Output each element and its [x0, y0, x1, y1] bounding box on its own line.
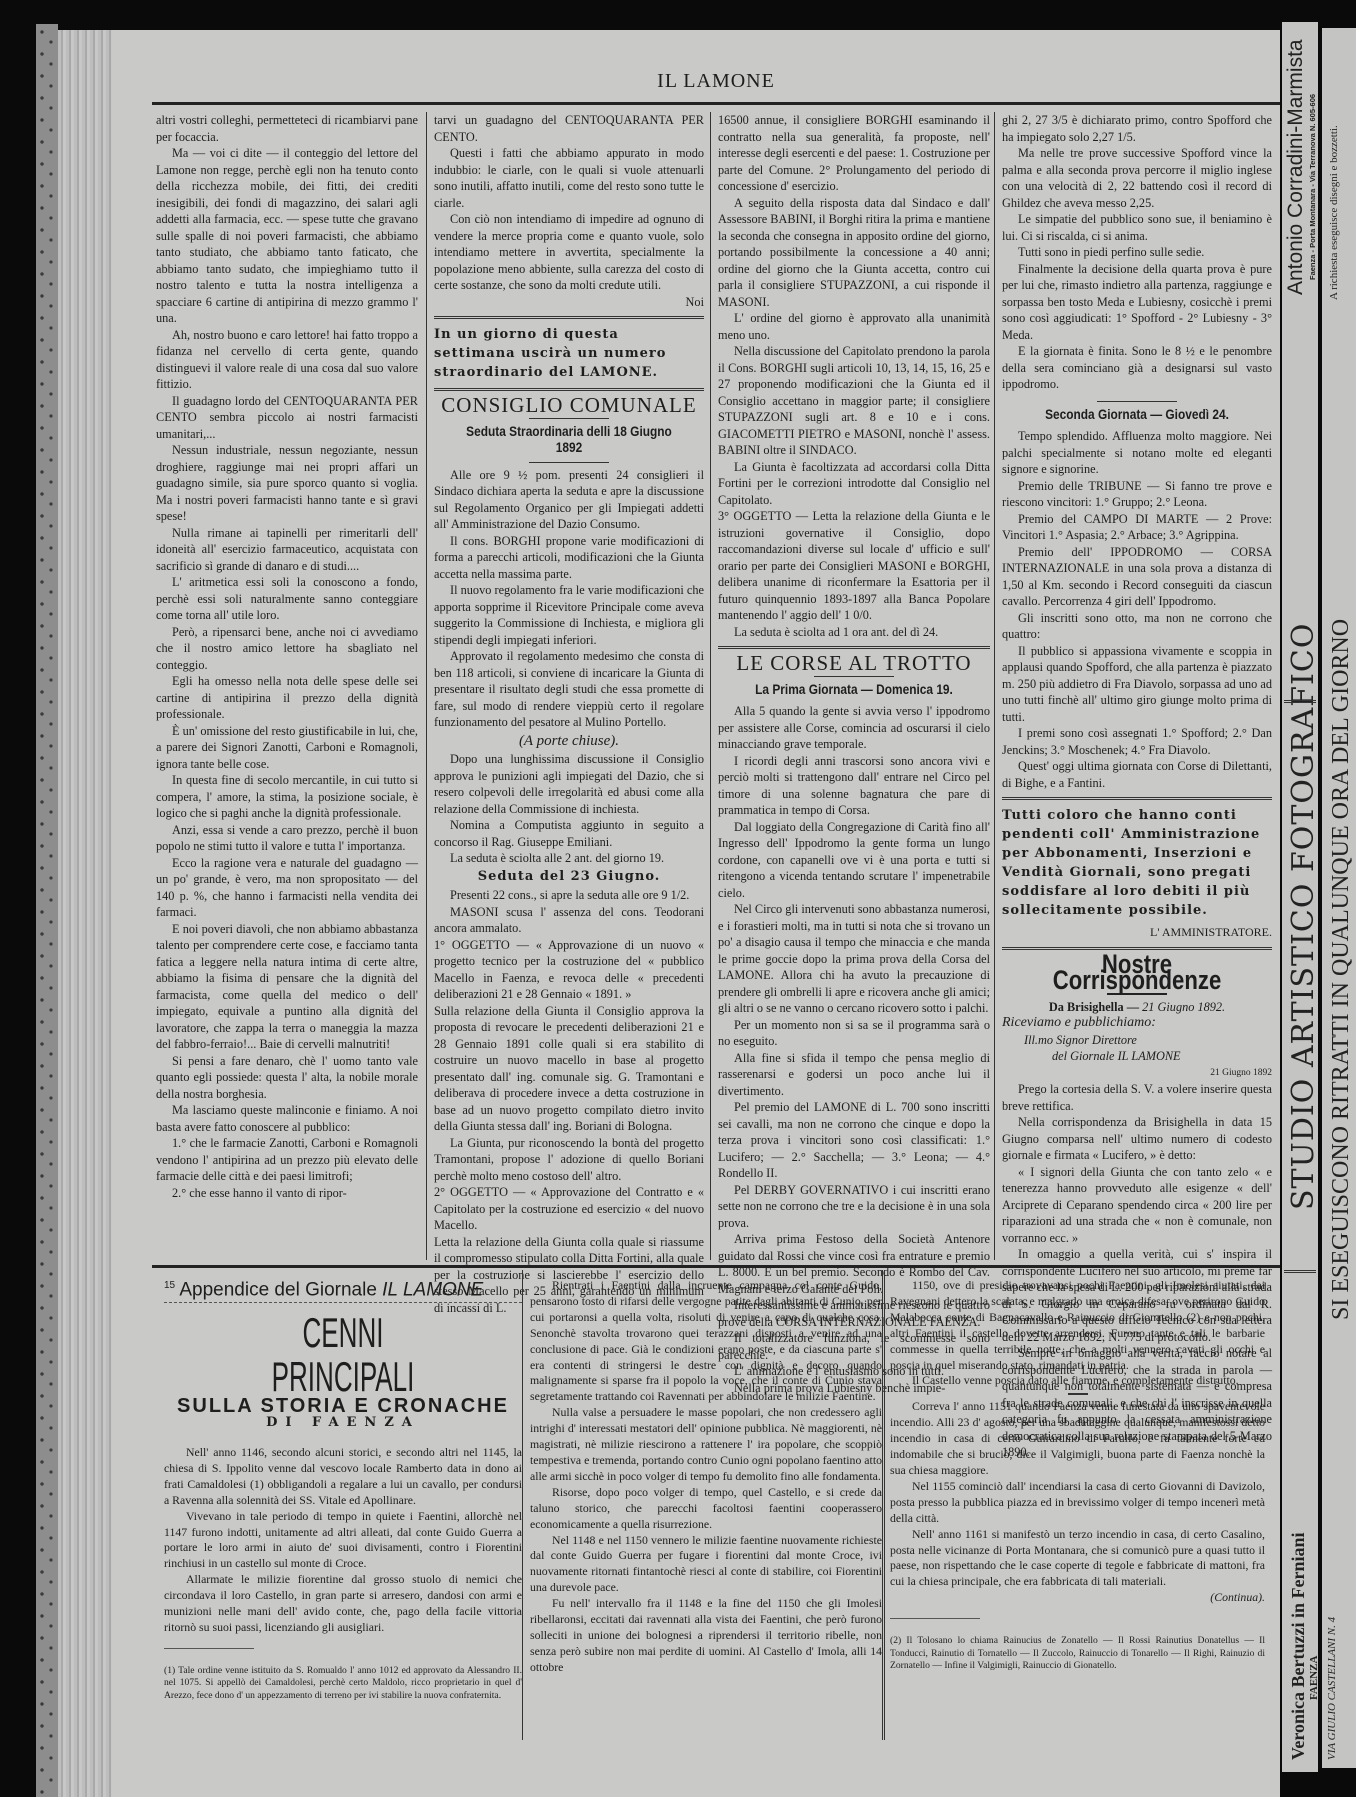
paragraph: Dopo una lunghissima discussione il Cons… [434, 751, 704, 817]
paragraph: Nell' anno 1146, secondo alcuni storici,… [164, 1445, 522, 1509]
paragraph: I ricordi degli anni trascorsi sono anco… [718, 753, 990, 819]
footnote: (2) Il Tolosano lo chiama Rainucius de Z… [890, 1629, 1265, 1673]
column-divider [426, 112, 427, 1260]
paragraph: La Giunta è facoltizzata ad accordarsi c… [718, 459, 990, 509]
appendix-subtitle: SULLA STORIA E CRONACHE [164, 1399, 522, 1415]
paragraph: 2.° che esse hanno il vanto di ripor- [156, 1185, 418, 1202]
paragraph: 1° OGGETTO — « Approvazione di un nuovo … [434, 937, 704, 1003]
paragraph: tarvi un guadagno del CENTOQUARANTA PER … [434, 112, 704, 145]
marmista-ad-text: A richiesta eseguisce disegni e bozzetti… [1328, 125, 1340, 300]
paragraph: Tempo splendido. Affluenza molto maggior… [1002, 428, 1272, 478]
book-binding [36, 24, 58, 1797]
appendix-rule [152, 1265, 1280, 1268]
masthead-title: IL LAMONE [152, 70, 1280, 93]
appendix-header-prefix: Appendice del Giornale [179, 1279, 377, 1300]
addressee-line-1: Ill.mo Signor Direttore [1002, 1032, 1272, 1049]
notice-signature: L' AMMINISTRATORE. [1002, 924, 1272, 941]
studio-ad-line: SI ESEGUISCONO RITRATTI IN QUALUNQUE ORA… [1328, 619, 1355, 1320]
paragraph: altri vostri colleghi, permetteteci di r… [156, 112, 418, 145]
column-divider [522, 1270, 523, 1740]
paragraph: Il nuovo regolamento fra le varie modifi… [434, 582, 704, 648]
paragraph: Alla fine si sfida il tempo che pensa me… [718, 1050, 990, 1100]
newspaper-page: IL LAMONE altri vostri colleghi, permett… [112, 30, 1280, 1797]
paragraph: Nessun industriale, nessun negoziante, n… [156, 442, 418, 525]
paragraph: Prego la cortesia della S. V. a volere i… [1002, 1081, 1272, 1114]
divider [434, 388, 704, 391]
paragraph: Il pubblico si appassiona vivamente e sc… [1002, 643, 1272, 726]
paragraph: Risorse, dopo poco volger di tempo, quel… [530, 1485, 882, 1533]
paragraph: La seduta è sciolta alle 2 ant. del gior… [434, 850, 704, 867]
appendix-header-paper: IL LAMONE [382, 1279, 483, 1300]
paragraph: Il Castello venne poscia dato alle fiamm… [890, 1373, 1265, 1389]
column-divider [710, 112, 711, 1260]
divider [164, 1302, 522, 1303]
paragraph: Egli ha omesso nella nota delle spese de… [156, 673, 418, 723]
paragraph: È un' omissione del resto giustificabile… [156, 723, 418, 773]
paragraph: Ecco la ragione vera e naturale del guad… [156, 855, 418, 921]
paragraph: Questi i fatti che abbiamo appurato in m… [434, 145, 704, 211]
divider [529, 462, 609, 463]
paragraph: Pel DERBY GOVERNATIVO i cui inscritti er… [718, 1182, 990, 1232]
paragraph: Allarmate le milizie fiorentine dal gros… [164, 1572, 522, 1636]
footnote-rule [164, 1648, 254, 1649]
ad-divider [1284, 700, 1316, 703]
paragraph: E noi poveri diavoli, che non abbiamo ab… [156, 921, 418, 1053]
divider [529, 418, 609, 419]
paragraph: I premi sono così assegnati 1.° Spofford… [1002, 725, 1272, 758]
marmista-ad-name: Antonio Corradini-Marmista [1284, 39, 1308, 295]
paragraph: Sulla relazione della Giunta il Consigli… [434, 1003, 704, 1135]
divider [814, 676, 894, 677]
paragraph: Tutti sono in piedi perfino sulle sedie. [1002, 244, 1272, 261]
paragraph: In questa fine di secolo mercantile, in … [156, 772, 418, 822]
closed-doors-heading: (A porte chiuse). [434, 733, 704, 750]
paragraph: Per un momento non si sa se il programma… [718, 1017, 990, 1050]
signature: Noi [434, 294, 704, 311]
paragraph: Presenti 22 cons., si apre la seduta all… [434, 887, 704, 904]
appendix-column-3: 1150, ove di presidio trovavansi pochi F… [890, 1278, 1265, 1673]
divider [1068, 1393, 1088, 1395]
continued-marker: (Continua). [890, 1590, 1265, 1606]
paragraph: Però, a ripensarci bene, anche noi ci av… [156, 624, 418, 674]
paragraph: Si pensi a fare denaro, chè l' uomo tant… [156, 1053, 418, 1103]
session-heading: Seduta del 23 Giugno. [434, 869, 704, 886]
correspondence-place: Da Brisighella — [1049, 1000, 1139, 1014]
divider [434, 316, 704, 319]
section-subtitle: Seduta Straordinaria delli 18 Giugno 189… [454, 423, 684, 456]
article-column-1: altri vostri colleghi, permetteteci di r… [156, 112, 418, 1257]
paragraph: E la giornata è finita. Sono le 8 ½ e le… [1002, 343, 1272, 393]
appendix-subtitle-2: DI FAENZA [164, 1415, 522, 1431]
appendix-title: CENNI PRINCIPALI [232, 1311, 454, 1399]
footnote: (1) Tale ordine venne istituito da S. Ro… [164, 1659, 522, 1703]
appendix-column-2: Rientrati i Faentini dalla incruente cam… [530, 1278, 882, 1676]
paragraph: L' ordine del giorno è approvato alla un… [718, 310, 990, 343]
accounts-notice: Tutti coloro che hanno conti pendenti co… [1002, 806, 1272, 920]
studio-ad-title: STUDIO ARTISTICO FOTOGRAFICO [1286, 623, 1321, 1210]
paragraph: La seduta è sciolta ad 1 ora ant. del dì… [718, 624, 990, 641]
paragraph: Nomina a Computista aggiunto in seguito … [434, 817, 704, 850]
paragraph: Alla 5 quando la gente si avvia verso l'… [718, 703, 990, 753]
article-column-4: ghi 2, 27 3/5 è dichiarato primo, contro… [1002, 112, 1272, 1257]
paragraph: Alle ore 9 ½ pom. presenti 24 consiglier… [434, 467, 704, 533]
paragraph: L' aritmetica essi soli la conoscono a f… [156, 574, 418, 624]
column-divider [882, 1270, 885, 1740]
column-divider [994, 112, 995, 1260]
paragraph: Ma nelle tre prove successive Spofford v… [1002, 145, 1272, 211]
paragraph: Ah, nostro buono e caro lettore! hai fat… [156, 327, 418, 393]
paragraph: A seguito della risposta data dal Sindac… [718, 195, 990, 311]
scan-background [0, 0, 1356, 26]
paragraph: Ma lasciamo queste malinconie e finiamo.… [156, 1102, 418, 1135]
paragraph: MASONI scusa l' assenza del cons. Teodor… [434, 904, 704, 937]
veronica-ad-address: VIA GIULIO CASTELLANI N. 4 [1326, 1617, 1338, 1760]
appendix-number: 15 [164, 1280, 175, 1291]
paragraph: Vivevano in tale periodo di tempo in qui… [164, 1509, 522, 1573]
paragraph: Anzi, essa si vende a caro prezzo, perch… [156, 822, 418, 855]
paragraph: La Giunta, pur riconoscendo la bontà del… [434, 1135, 704, 1185]
paragraph: Il guadagno lordo del CENTOQUARANTA PER … [156, 393, 418, 443]
article-column-2: tarvi un guadagno del CENTOQUARANTA PER … [434, 112, 704, 1257]
paragraph: Nulla valse a persuadere le masse popola… [530, 1405, 882, 1485]
paragraph: Il cons. BORGHI propone varie modificazi… [434, 533, 704, 583]
section-title: LE CORSE AL TROTTO [718, 655, 990, 672]
paragraph: Nella corrispondenza da Brisighella in d… [1002, 1114, 1272, 1164]
correspondence-intro: Riceviamo e pubblichiamo: [1002, 1015, 1272, 1032]
correspondence-dateline: Da Brisighella — 21 Giugno 1892. [1002, 999, 1272, 1016]
paragraph: Nell' anno 1161 si manifestò un terzo in… [890, 1527, 1265, 1591]
header-rule [152, 102, 1280, 105]
paragraph: Con ciò non intendiamo di impedire ad og… [434, 211, 704, 294]
paragraph: Nella discussione del Capitolato prendon… [718, 343, 990, 459]
paragraph: Rientrati i Faentini dalla incruente cam… [530, 1278, 882, 1405]
paragraph: Finalmente la decisione della quarta pro… [1002, 261, 1272, 344]
paragraph: Ma — voi ci dite — il conteggio del lett… [156, 145, 418, 327]
paragraph: Fu nell' intervallo fra il 1148 e la fin… [530, 1596, 882, 1676]
paragraph: Premio delle TRIBUNE — Si fanno tre prov… [1002, 478, 1272, 511]
footnote-rule [890, 1618, 980, 1619]
paragraph: 3° OGGETTO — Letta la relazione della Gi… [718, 508, 990, 624]
paragraph: Nulla rimane ai tapinelli per rimeritarl… [156, 525, 418, 575]
divider [718, 646, 990, 649]
paragraph: Dal loggiato della Congregazione di Cari… [718, 819, 990, 902]
divider [1002, 797, 1272, 800]
appendix-header: 15 Appendice del Giornale IL LAMONE [164, 1278, 522, 1298]
veronica-ad-city: FAENZA [1308, 1656, 1320, 1700]
paragraph: Approvato il regolamento medesimo che co… [434, 648, 704, 731]
paragraph: Nel 1148 e nel 1150 vennero le milizie f… [530, 1533, 882, 1597]
marmista-ad-address: Faenza - Porta Montanara - Via Terranova… [1308, 94, 1317, 280]
side-advertisements: STUDIO ARTISTICO FOTOGRAFICO SI ESEGUISC… [1282, 0, 1356, 1797]
paragraph: Pel premio del LAMONE di L. 700 sono ins… [718, 1099, 990, 1182]
paragraph: « I signori della Giunta che con tanto z… [1002, 1164, 1272, 1247]
paragraph: Gli inscritti sono otto, ma non ne corro… [1002, 610, 1272, 643]
appendix-column-1: 15 Appendice del Giornale IL LAMONE CENN… [164, 1278, 522, 1702]
special-issue-notice: In un giorno di questa settimana uscirà … [434, 325, 704, 382]
page-edges [58, 30, 118, 1797]
paragraph: Premio del CAMPO DI MARTE — 2 Prove: Vin… [1002, 511, 1272, 544]
paragraph: Premio dell' IPPODROMO — CORSA INTERNAZI… [1002, 544, 1272, 610]
paragraph: 16500 annue, il consigliere BORGHI esami… [718, 112, 990, 195]
paragraph: Le simpatie del pubblico sono sue, il be… [1002, 211, 1272, 244]
section-title: CONSIGLIO COMUNALE [434, 397, 704, 414]
paragraph: Nel 1155 cominciò dall' incendiarsi la c… [890, 1479, 1265, 1527]
article-column-3: 16500 annue, il consigliere BORGHI esami… [718, 112, 990, 1257]
addressee-line-2: del Giornale IL LAMONE [1002, 1048, 1272, 1065]
paragraph: 1150, ove di presidio trovavansi pochi F… [890, 1278, 1265, 1373]
paragraph: 1.° che le farmacie Zanotti, Carboni e R… [156, 1135, 418, 1185]
ad-divider [1284, 1270, 1316, 1273]
paragraph: Nel Circo gli intervenuti sono abbastanz… [718, 901, 990, 1017]
paragraph: Quest' oggi ultima giornata con Corse di… [1002, 758, 1272, 791]
correspondence-title: Nostre Corrispondenze [1026, 956, 1247, 989]
correspondence-date: 21 Giugno 1892. [1142, 1000, 1225, 1014]
section-subtitle: Seconda Giornata — Giovedì 24. [1022, 406, 1252, 423]
paragraph: ghi 2, 27 3/5 è dichiarato primo, contro… [1002, 112, 1272, 145]
paragraph: 2° OGGETTO — « Approvazione del Contratt… [434, 1184, 704, 1234]
divider [1097, 401, 1177, 402]
paragraph: Correva l' anno 1151 quando Faenza venne… [890, 1399, 1265, 1479]
section-subtitle: La Prima Giornata — Domenica 19. [738, 681, 969, 698]
letter-date: 21 Giugno 1892 [1002, 1065, 1272, 1082]
veronica-ad-name: Veronica Bertuzzi in Ferniani [1288, 1533, 1309, 1760]
